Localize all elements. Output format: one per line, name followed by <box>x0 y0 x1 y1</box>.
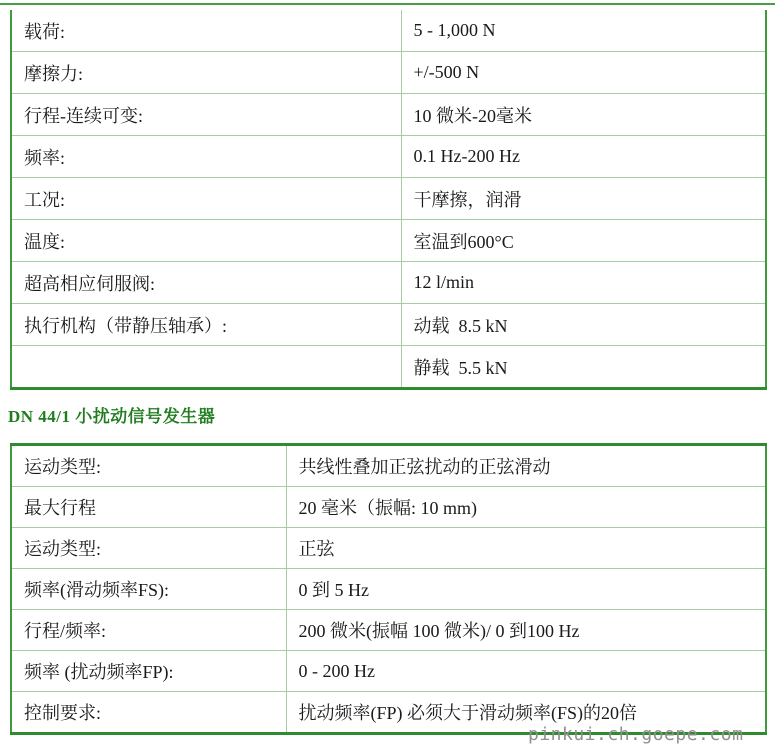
spec-value: 动载 8.5 kN <box>401 304 766 346</box>
spec-value: 0 - 200 Hz <box>286 651 766 692</box>
spec-label: 频率 (扰动频率FP): <box>11 651 286 692</box>
spec-value: 200 微米(振幅 100 微米)/ 0 到100 Hz <box>286 610 766 651</box>
table-row: 运动类型: 正弦 <box>11 528 766 569</box>
watermark-text: pinkui.ch.goepe.com <box>528 724 743 745</box>
table-row: 最大行程 20 毫米（振幅: 10 mm) <box>11 487 766 528</box>
spec-value: 0.1 Hz-200 Hz <box>401 136 766 178</box>
spec-value: 5 - 1,000 N <box>401 10 766 52</box>
table-row: 频率(滑动频率FS): 0 到 5 Hz <box>11 569 766 610</box>
spec-value: 干摩擦，润滑 <box>401 178 766 220</box>
spec-label: 摩擦力: <box>11 52 401 94</box>
table-row: 频率 (扰动频率FP): 0 - 200 Hz <box>11 651 766 692</box>
table-row: 执行机构（带静压轴承）: 动载 8.5 kN <box>11 304 766 346</box>
table-row: 行程-连续可变: 10 微米-20毫米 <box>11 94 766 136</box>
table-row: 静载 5.5 kN <box>11 346 766 389</box>
spec-label: 行程-连续可变: <box>11 94 401 136</box>
spec-label: 频率(滑动频率FS): <box>11 569 286 610</box>
spec-label: 载荷: <box>11 10 401 52</box>
spec-label <box>11 346 401 389</box>
spec-label: 超高相应伺服阀: <box>11 262 401 304</box>
spec-label: 行程/频率: <box>11 610 286 651</box>
section-heading: DN 44/1 小扰动信号发生器 <box>8 402 215 427</box>
top-divider-rule <box>0 3 775 5</box>
spec-label: 执行机构（带静压轴承）: <box>11 304 401 346</box>
spec-table-dn44: 运动类型: 共线性叠加正弦扰动的正弦滑动 最大行程 20 毫米（振幅: 10 m… <box>10 443 767 735</box>
spec-label: 运动类型: <box>11 445 286 487</box>
spec-value: 共线性叠加正弦扰动的正弦滑动 <box>286 445 766 487</box>
spec-value: 室温到600°C <box>401 220 766 262</box>
spec-value: 0 到 5 Hz <box>286 569 766 610</box>
table-row: 温度: 室温到600°C <box>11 220 766 262</box>
spec-label: 最大行程 <box>11 487 286 528</box>
table-row: 运动类型: 共线性叠加正弦扰动的正弦滑动 <box>11 445 766 487</box>
table-row: 摩擦力: +/-500 N <box>11 52 766 94</box>
spec-label: 温度: <box>11 220 401 262</box>
spec-value: +/-500 N <box>401 52 766 94</box>
spec-value: 10 微米-20毫米 <box>401 94 766 136</box>
spec-value: 20 毫米（振幅: 10 mm) <box>286 487 766 528</box>
table-row: 频率: 0.1 Hz-200 Hz <box>11 136 766 178</box>
table-row: 行程/频率: 200 微米(振幅 100 微米)/ 0 到100 Hz <box>11 610 766 651</box>
spec-table-primary: 载荷: 5 - 1,000 N 摩擦力: +/-500 N 行程-连续可变: 1… <box>10 10 767 390</box>
spec-value: 静载 5.5 kN <box>401 346 766 389</box>
spec-label: 工况: <box>11 178 401 220</box>
spec-value: 正弦 <box>286 528 766 569</box>
spec-label: 运动类型: <box>11 528 286 569</box>
spec-label: 频率: <box>11 136 401 178</box>
spec-label: 控制要求: <box>11 692 286 734</box>
table-row: 工况: 干摩擦，润滑 <box>11 178 766 220</box>
table-row: 超高相应伺服阀: 12 l/min <box>11 262 766 304</box>
spec-value: 12 l/min <box>401 262 766 304</box>
table-row: 载荷: 5 - 1,000 N <box>11 10 766 52</box>
